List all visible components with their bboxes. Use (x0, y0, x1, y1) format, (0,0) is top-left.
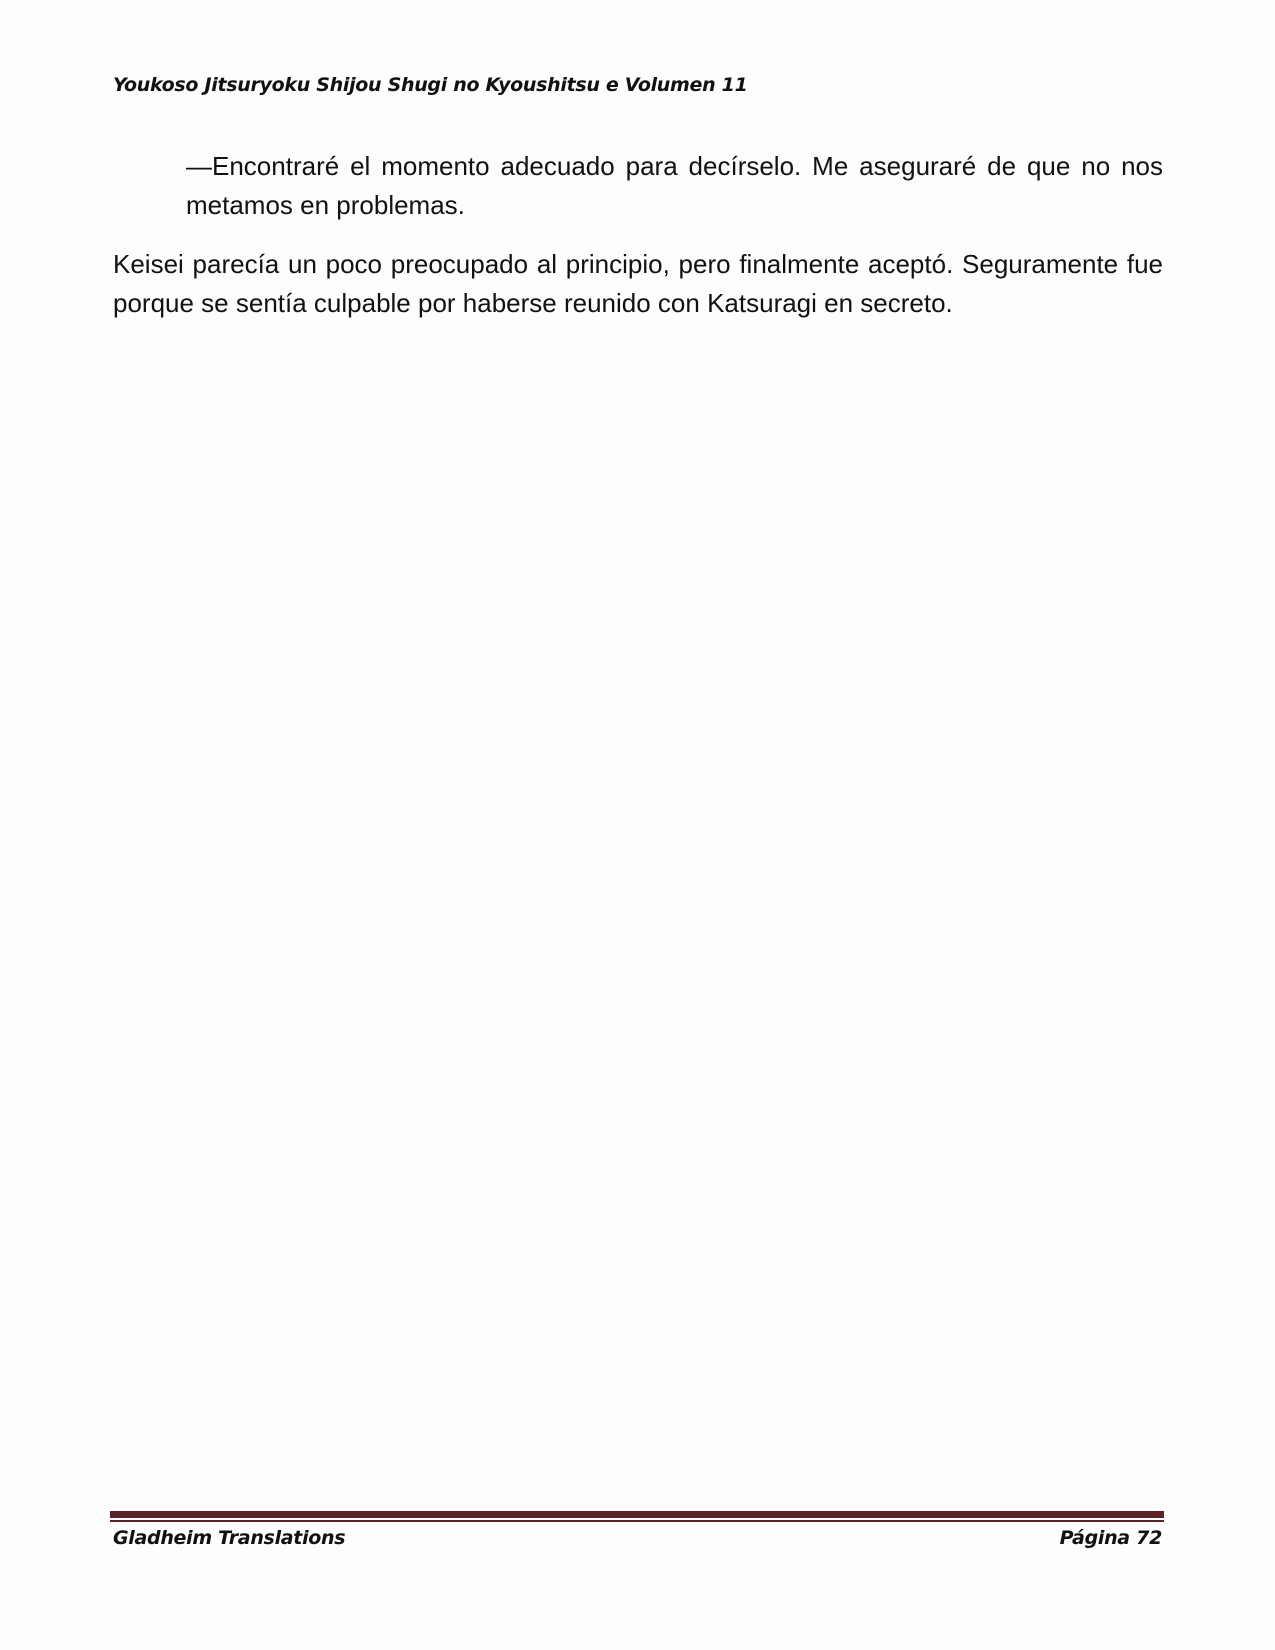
footer-divider-thick (110, 1511, 1164, 1518)
document-page: Youkoso Jitsuryoku Shijou Shugi no Kyous… (0, 0, 1275, 1650)
footer-divider-thin (110, 1520, 1164, 1522)
footer-credit: Gladheim Translations (113, 1527, 345, 1549)
running-header-title: Youkoso Jitsuryoku Shijou Shugi no Kyous… (113, 74, 748, 96)
narration-paragraph: Keisei parecía un poco preocupado al pri… (113, 245, 1163, 323)
page-number: Página 72 (1060, 1527, 1162, 1549)
dialogue-paragraph: —Encontraré el momento adecuado para dec… (113, 147, 1163, 225)
